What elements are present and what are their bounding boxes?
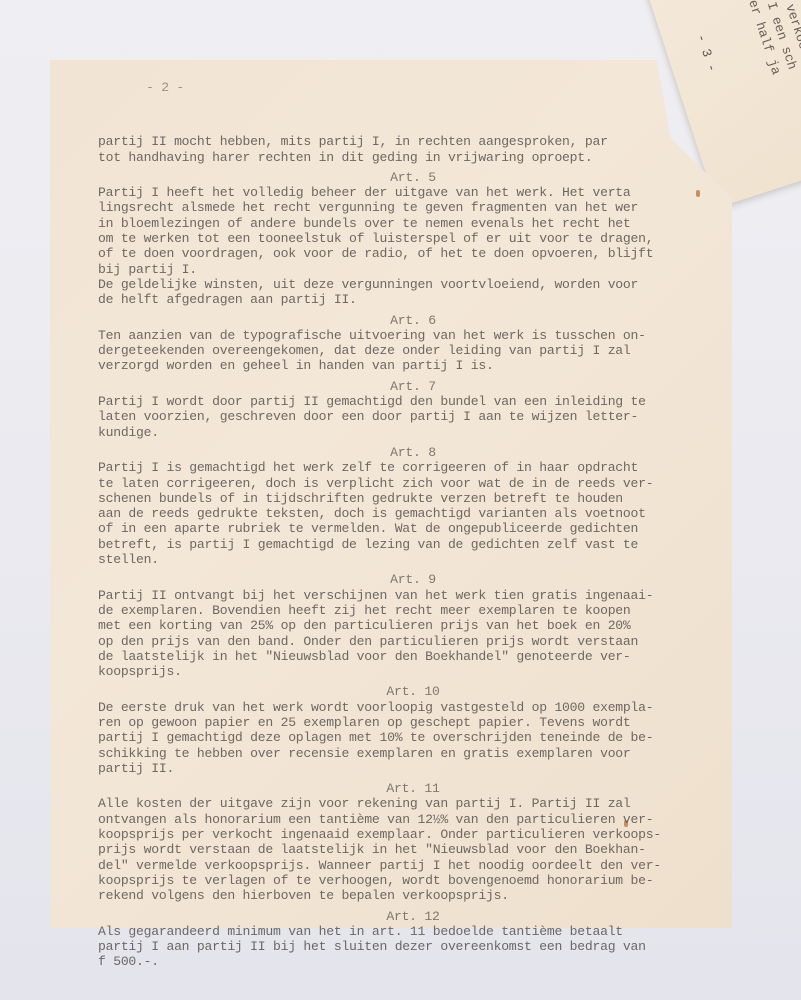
text-line: De geldelijke winsten, uit deze vergunni…	[98, 277, 738, 292]
next-page-number: - 3 -	[693, 32, 719, 74]
text-line: De eerste druk van het werk wordt voorlo…	[98, 700, 738, 715]
text-line: in bloemlezingen of andere bundels over …	[98, 216, 738, 231]
text-line: partij I aan partij II bij het sluiten d…	[98, 939, 738, 954]
text-line: partij II mocht hebben, mits partij I, i…	[98, 134, 738, 149]
text-line: op den prijs van den band. Onder den par…	[98, 634, 738, 649]
text-line: dergeteekenden overeengekomen, dat deze …	[98, 343, 738, 358]
article-heading: Art. 5	[98, 170, 728, 185]
text-line: partij I gemachtigd deze oplagen met 10%…	[98, 730, 738, 745]
article-section: Art. 7Partij I wordt door partij II gema…	[98, 379, 738, 440]
text-line: Als gegarandeerd minimum van het in art.…	[98, 924, 738, 939]
text-line: of in een aparte rubriek te vermelden. W…	[98, 521, 738, 536]
articles-list: Art. 5Partij I heeft het volledig beheer…	[98, 170, 738, 970]
article-section: Art. 10De eerste druk van het werk wordt…	[98, 684, 738, 776]
text-line: Partij I wordt door partij II gemachtigd…	[98, 394, 738, 409]
article-section: Art. 8Partij I is gemachtigd het werk ze…	[98, 445, 738, 567]
text-line: ren op gewoon papier en 25 exemplaren op…	[98, 715, 738, 730]
article-heading: Art. 12	[98, 909, 728, 924]
text-line: aan de reeds gedrukte teksten, doch is g…	[98, 506, 738, 521]
text-line: de exemplaren. Bovendien heeft zij het r…	[98, 603, 738, 618]
article-section: Art. 6Ten aanzien van de typografische u…	[98, 313, 738, 374]
document-text: - 2 - partij II mocht hebben, mits parti…	[98, 80, 738, 970]
article-section: Art. 11Alle kosten der uitgave zijn voor…	[98, 781, 738, 903]
text-line: de laatstelijk in het "Nieuwsblad voor d…	[98, 649, 738, 664]
text-line: tot handhaving harer rechten in dit gedi…	[98, 150, 738, 165]
text-line: Alle kosten der uitgave zijn voor rekeni…	[98, 796, 738, 811]
text-line: schikking te hebben over recensie exempl…	[98, 746, 738, 761]
article-section: Art. 9Partij II ontvangt bij het verschi…	[98, 572, 738, 679]
text-line: prijs wordt verstaan de laatstelijk in h…	[98, 842, 738, 857]
text-line: Partij I is gemachtigd het werk zelf te …	[98, 460, 738, 475]
article-heading: Art. 11	[98, 781, 728, 796]
text-line: f 500.-.	[98, 954, 738, 969]
text-line: schenen bundels of in tijdschriften gedr…	[98, 491, 738, 506]
text-line: rekend volgens den hierboven te bepalen …	[98, 888, 738, 903]
page-number: - 2 -	[146, 80, 738, 95]
text-line: om te werken tot een tooneelstuk of luis…	[98, 231, 738, 246]
text-line: Partij II ontvangt bij het verschijnen v…	[98, 588, 738, 603]
article-heading: Art. 7	[98, 379, 728, 394]
article-heading: Art. 6	[98, 313, 728, 328]
article-section: Art. 5Partij I heeft het volledig beheer…	[98, 170, 738, 308]
text-line: partij II.	[98, 761, 738, 776]
article-section: Art. 12Als gegarandeerd minimum van het …	[98, 909, 738, 970]
text-line: de helft afgedragen aan partij II.	[98, 292, 738, 307]
text-line: met een korting van 25% op den particuli…	[98, 618, 738, 633]
text-line: koopsprijs.	[98, 664, 738, 679]
text-line: kundige.	[98, 425, 738, 440]
text-line: stellen.	[98, 552, 738, 567]
text-line: Ten aanzien van de typografische uitvoer…	[98, 328, 738, 343]
text-line: ontvangen als honorarium een tantième va…	[98, 812, 738, 827]
article-heading: Art. 9	[98, 572, 728, 587]
article-heading: Art. 8	[98, 445, 728, 460]
text-line: verzorgd worden en geheel in handen van …	[98, 358, 738, 373]
text-line: lingsrecht alsmede het recht vergunning …	[98, 200, 738, 215]
text-line: of te doen voordragen, ook voor de radio…	[98, 246, 738, 261]
text-line: laten voorzien, geschreven door een door…	[98, 409, 738, 424]
text-line: koopsprijs te verlagen of te verhoogen, …	[98, 873, 738, 888]
article-heading: Art. 10	[98, 684, 728, 699]
text-line: bij partij I.	[98, 262, 738, 277]
text-line: te laten corrigeeren, doch is verplicht …	[98, 476, 738, 491]
text-line: betreft, is partij I gemachtigd de lezin…	[98, 537, 738, 552]
text-line: koopsprijs per verkocht ingenaaid exempl…	[98, 827, 738, 842]
text-line: del" vermelde verkoopsprijs. Wanneer par…	[98, 858, 738, 873]
text-line: Partij I heeft het volledig beheer der u…	[98, 185, 738, 200]
intro-paragraph: partij II mocht hebben, mits partij I, i…	[98, 134, 738, 165]
